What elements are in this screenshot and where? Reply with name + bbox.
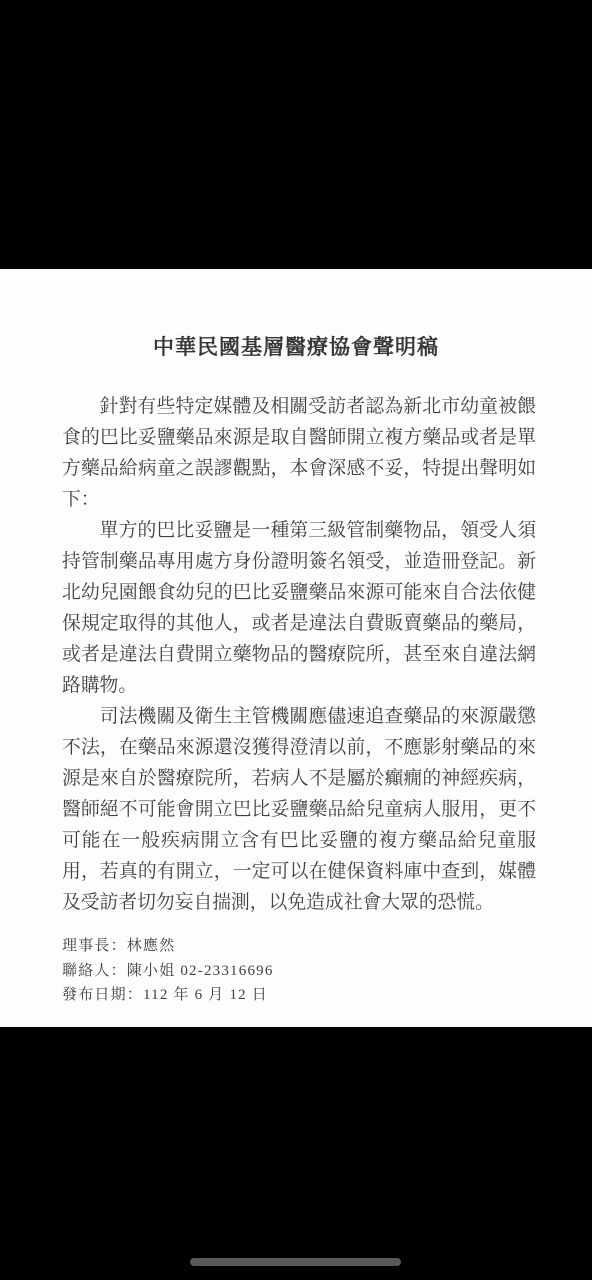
document-title: 中華民國基層醫療協會聲明稿 [0, 333, 592, 361]
letterbox-bottom [0, 1027, 592, 1280]
home-indicator-bar[interactable] [190, 1258, 401, 1266]
contact-line: 聯絡人：陳小姐 02-23316696 [62, 959, 552, 984]
paragraph-intro: 針對有些特定媒體及相關受訪者認為新北市幼童被餵食的巴比妥鹽藥品來源是取自醫師開立… [62, 391, 536, 515]
letterbox-top [0, 0, 592, 269]
chairman-line: 理事長：林應然 [62, 934, 552, 959]
paragraph-appeal: 司法機關及衛生主管機關應儘速追查藥品的來源嚴懲不法，在藥品來源還沒獲得澄清以前，… [62, 701, 536, 918]
document-page: 中華民國基層醫療協會聲明稿 針對有些特定媒體及相關受訪者認為新北市幼童被餵食的巴… [0, 269, 592, 1027]
publish-date-line: 發布日期：112 年 6 月 12 日 [62, 983, 552, 1008]
phone-screen: 中華民國基層醫療協會聲明稿 針對有些特定媒體及相關受訪者認為新北市幼童被餵食的巴… [0, 0, 592, 1280]
paragraph-drug-source: 單方的巴比妥鹽是一種第三級管制藥物品，領受人須持管制藥品專用處方身份證明簽名領受… [62, 515, 536, 701]
document-body: 針對有些特定媒體及相關受訪者認為新北市幼童被餵食的巴比妥鹽藥品來源是取自醫師開立… [62, 391, 536, 918]
document-footer: 理事長：林應然 聯絡人：陳小姐 02-23316696 發布日期：112 年 6… [62, 934, 552, 1008]
